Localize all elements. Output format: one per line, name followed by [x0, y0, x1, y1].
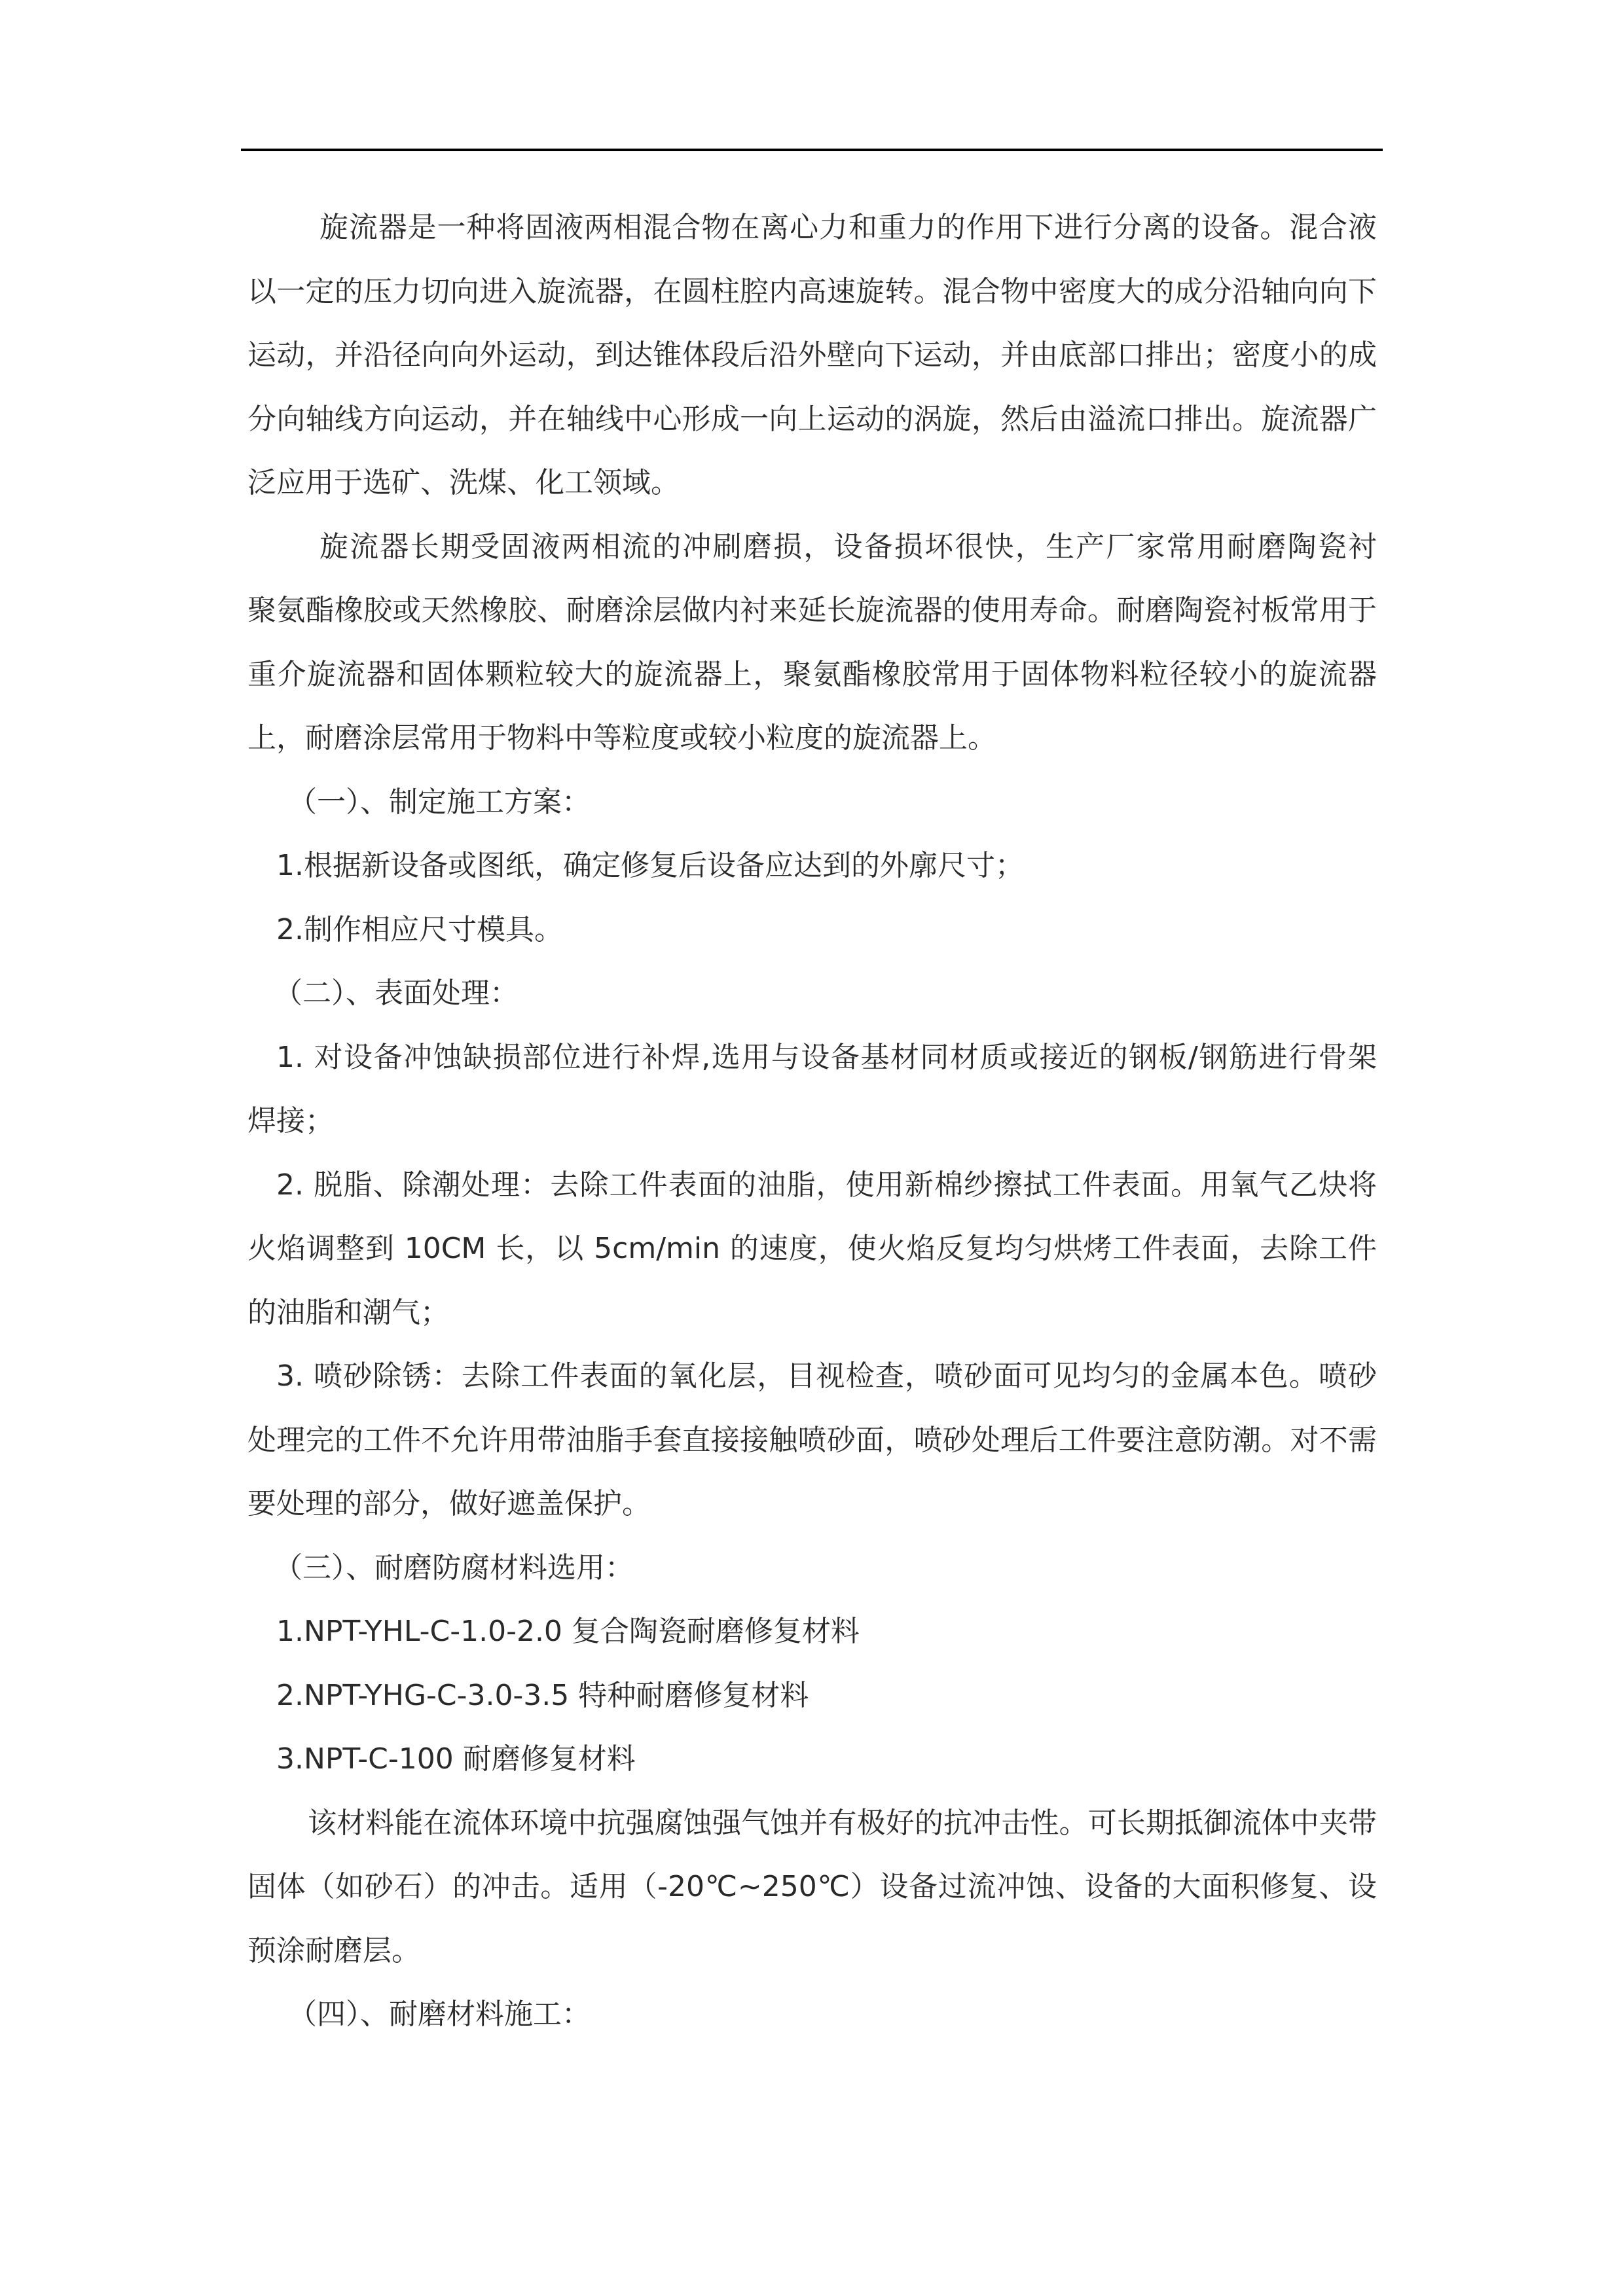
header-rule [241, 149, 1383, 151]
paragraph-line: 预涂耐磨层。 [247, 1919, 1377, 1983]
list-item-line: 2.制作相应尺寸模具。 [247, 898, 1377, 962]
section-heading: （四）、耐磨材料施工： [247, 1982, 1377, 2047]
section-heading: （三）、耐磨防腐材料选用： [247, 1536, 1377, 1600]
list-item-line: 要处理的部分，做好遮盖保护。 [247, 1472, 1377, 1536]
list-item-line: 2.NPT-YHG-C-3.0-3.5 特种耐磨修复材料 [247, 1664, 1377, 1728]
list-item-line: 1.根据新设备或图纸，确定修复后设备应达到的外廓尺寸； [247, 834, 1377, 898]
paragraph-line: 运动，并沿径向向外运动，到达锥体段后沿外壁向下运动，并由底部口排出；密度小的成 [247, 323, 1377, 387]
list-item-line: 2. 脱脂、除潮处理：去除工件表面的油脂，使用新棉纱擦拭工件表面。用氧气乙炔将 [247, 1153, 1377, 1217]
document-page: 旋流器是一种将固液两相混合物在离心力和重力的作用下进行分离的设备。混合液以一定的… [0, 0, 1623, 2296]
section-heading: （二）、表面处理： [247, 961, 1377, 1026]
list-item-line: 的油脂和潮气； [247, 1281, 1377, 1345]
list-item-line: 火焰调整到 10CM 长，以 5cm/min 的速度，使火焰反复均匀烘烤工件表面… [247, 1217, 1377, 1281]
section-heading: （一）、制定施工方案： [247, 770, 1377, 834]
list-item-line: 1.NPT-YHL-C-1.0-2.0 复合陶瓷耐磨修复材料 [247, 1600, 1377, 1664]
document-body: 旋流器是一种将固液两相混合物在离心力和重力的作用下进行分离的设备。混合液以一定的… [247, 196, 1377, 2047]
list-item-line: 3.NPT-C-100 耐磨修复材料 [247, 1727, 1377, 1791]
paragraph-line: 重介旋流器和固体颗粒较大的旋流器上，聚氨酯橡胶常用于固体物料粒径较小的旋流器 [247, 643, 1377, 707]
paragraph-line: 旋流器是一种将固液两相混合物在离心力和重力的作用下进行分离的设备。混合液 [247, 196, 1377, 260]
paragraph-line: 聚氨酯橡胶或天然橡胶、耐磨涂层做内衬来延长旋流器的使用寿命。耐磨陶瓷衬板常用于 [247, 579, 1377, 643]
paragraph-line: 分向轴线方向运动，并在轴线中心形成一向上运动的涡旋，然后由溢流口排出。旋流器广 [247, 387, 1377, 452]
list-item-line: 处理完的工件不允许用带油脂手套直接接触喷砂面，喷砂处理后工件要注意防潮。对不需 [247, 1408, 1377, 1473]
paragraph-line: 泛应用于选矿、洗煤、化工领域。 [247, 451, 1377, 515]
paragraph-line: 旋流器长期受固液两相流的冲刷磨损，设备损坏很快，生产厂家常用耐磨陶瓷衬板、 [247, 515, 1377, 579]
list-item-line: 3. 喷砂除锈：去除工件表面的氧化层，目视检查，喷砂面可见均匀的金属本色。喷砂 [247, 1344, 1377, 1408]
list-item-line: 焊接； [247, 1089, 1377, 1153]
paragraph-line: 固体（如砂石）的冲击。适用（-20℃~250℃）设备过流冲蚀、设备的大面积修复、… [247, 1855, 1377, 1919]
paragraph-line: 该材料能在流体环境中抗强腐蚀强气蚀并有极好的抗冲击性。可长期抵御流体中夹带 [247, 1791, 1377, 1856]
list-item-line: 1. 对设备冲蚀缺损部位进行补焊,选用与设备基材同材质或接近的钢板/钢筋进行骨架 [247, 1026, 1377, 1090]
paragraph-line: 以一定的压力切向进入旋流器，在圆柱腔内高速旋转。混合物中密度大的成分沿轴向向下 [247, 260, 1377, 324]
paragraph-line: 上，耐磨涂层常用于物料中等粒度或较小粒度的旋流器上。 [247, 706, 1377, 770]
